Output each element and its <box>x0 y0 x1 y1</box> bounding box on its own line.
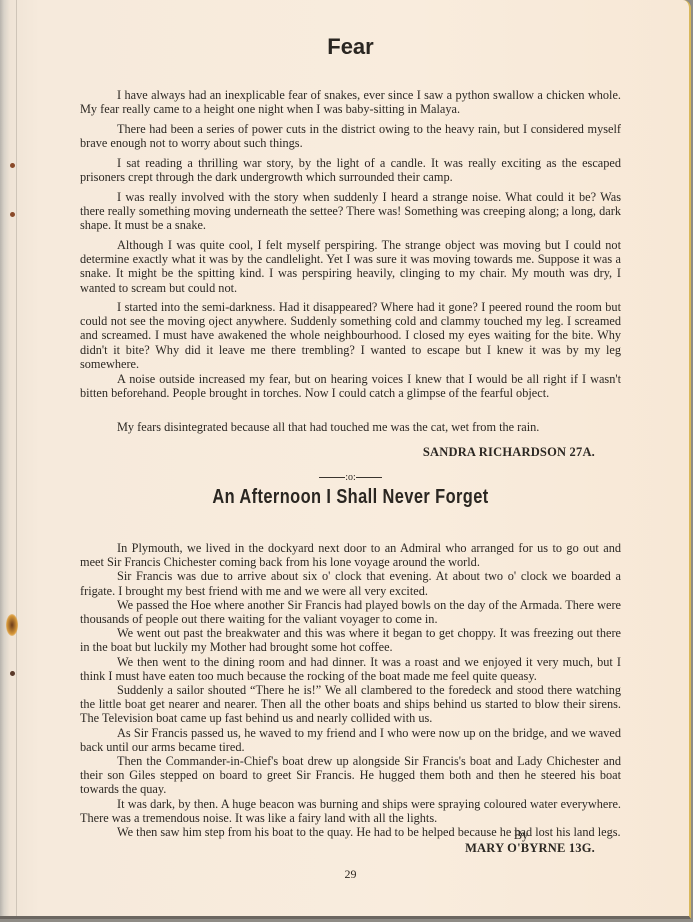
paragraph: I was really involved with the story whe… <box>80 190 621 233</box>
paragraph: It was dark, by then. A huge beacon was … <box>80 797 621 825</box>
paragraph: We then went to the dining room and had … <box>80 655 621 683</box>
paragraph: My fears disintegrated because all that … <box>80 420 621 434</box>
binding-hole <box>10 163 15 168</box>
paragraph: We passed the Hoe where another Sir Fran… <box>80 598 621 626</box>
binding-hole <box>10 212 15 217</box>
paragraph: I started into the semi-darkness. Had it… <box>80 300 621 371</box>
paragraph: I sat reading a thrilling war story, by … <box>80 156 621 184</box>
paragraph: There had been a series of power cuts in… <box>80 122 621 150</box>
section-separator: :o: <box>80 471 621 485</box>
binding-hole <box>10 671 15 676</box>
author-signature: MARY O'BYRNE 13G. <box>465 841 595 855</box>
paragraph: I have always had an inexplicable fear o… <box>80 88 621 116</box>
paragraph: A noise outside increased my fear, but o… <box>80 372 621 400</box>
paragraph: We went out past the breakwater and this… <box>80 626 621 654</box>
paragraph: In Plymouth, we lived in the dockyard ne… <box>80 541 621 569</box>
page-number: 29 <box>80 867 621 881</box>
binding-fold <box>16 0 17 916</box>
paragraph: Sir Francis was due to arrive about six … <box>80 569 621 597</box>
paragraph: Although I was quite cool, I felt myself… <box>80 238 621 295</box>
author-signature: SANDRA RICHARDSON 27A. <box>423 445 595 459</box>
story-body: In Plymouth, we lived in the dockyard ne… <box>80 541 621 839</box>
paragraph: Then the Commander-in-Chief's boat drew … <box>80 754 621 797</box>
document-page: Fear I have always had an inexplicable f… <box>0 0 691 919</box>
rust-stain <box>6 614 18 636</box>
story-title-afternoon: An Afternoon I Shall Never Forget <box>129 490 573 504</box>
paragraph: As Sir Francis passed us, he waved to my… <box>80 726 621 754</box>
story-title-fear: Fear <box>80 40 621 54</box>
paragraph: Suddenly a sailor shouted “There he is!”… <box>80 683 621 726</box>
